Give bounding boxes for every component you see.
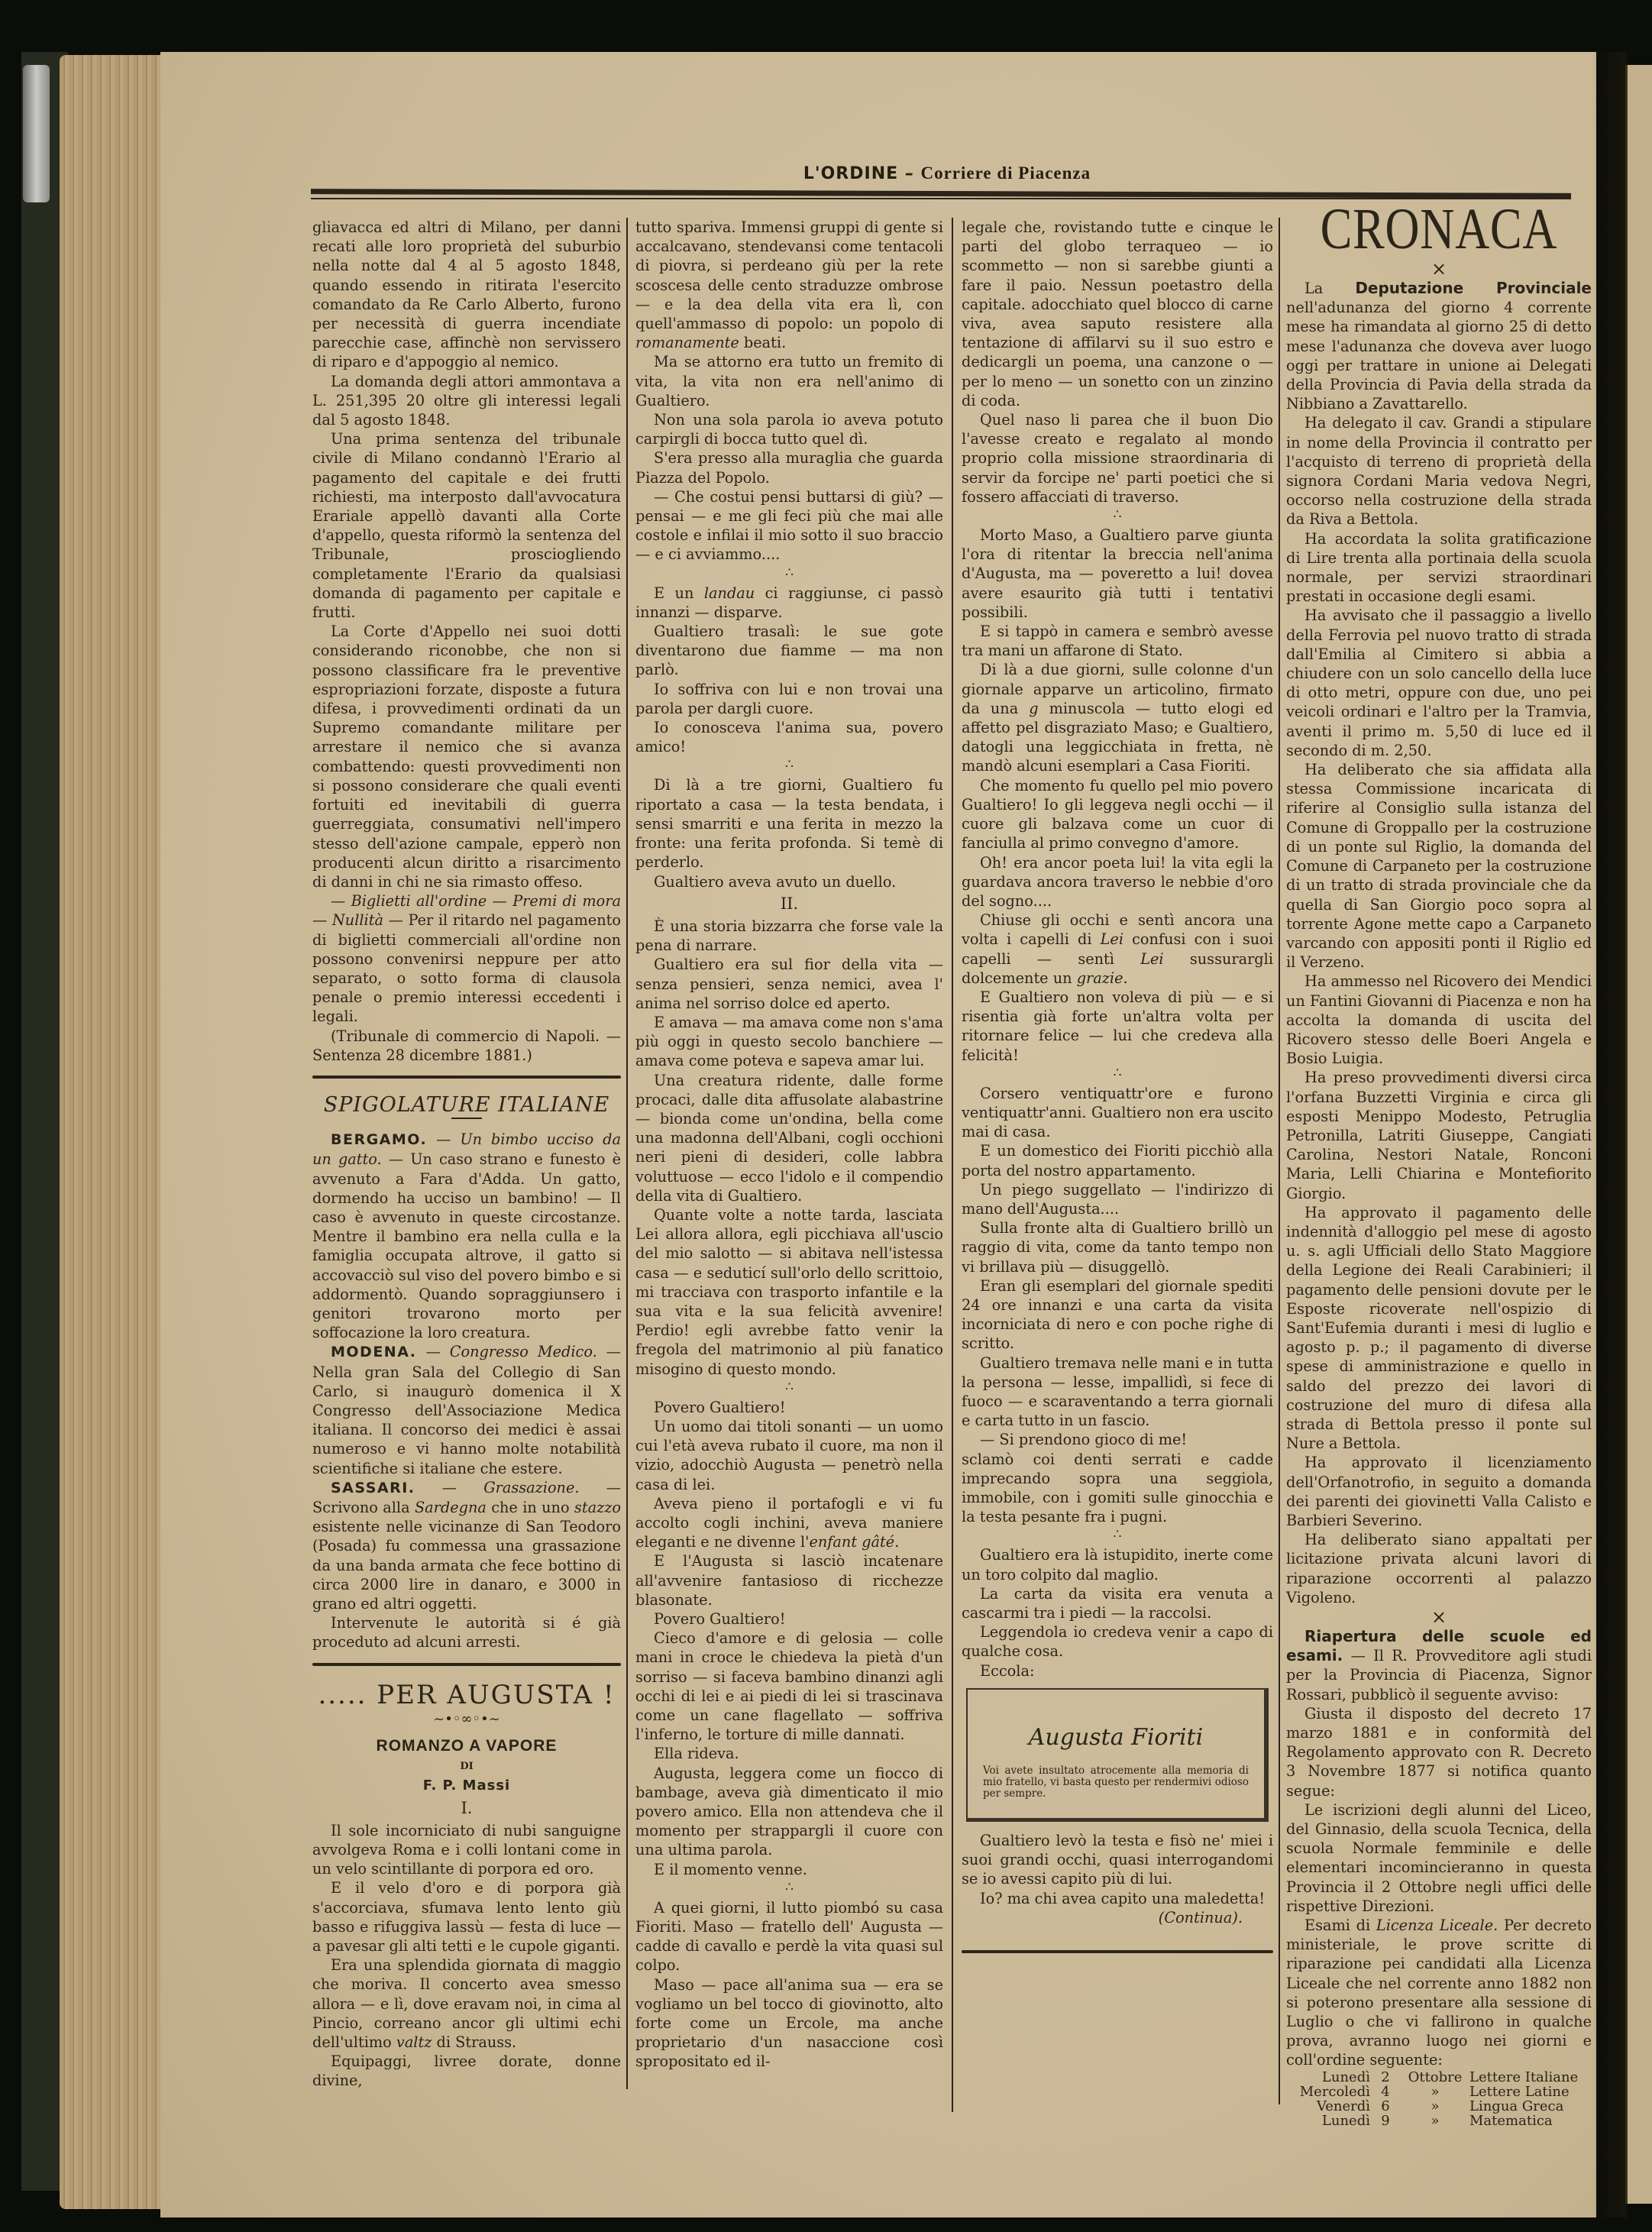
section-title-cronaca: CRONACA bbox=[1314, 199, 1564, 259]
paragraph: — Si prendono gioco di me! bbox=[962, 1430, 1273, 1449]
paragraph: Povero Gualtiero! bbox=[635, 1609, 943, 1629]
paragraph: La Corte d'Appello nei suoi dotti consid… bbox=[312, 622, 621, 891]
place-name: SASSARI. bbox=[331, 1480, 415, 1496]
paragraph: Cieco d'amore e di gelosia — colle mani … bbox=[635, 1629, 943, 1744]
exam-schedule: Lunedì2OttobreLettere Italiane Mercoledì… bbox=[1286, 2070, 1592, 2128]
asterism-separator: ∴ bbox=[635, 1383, 943, 1392]
paper-subtitle: Corriere di Piacenza bbox=[920, 163, 1091, 183]
exam-row: Venerdì6»Lingua Greca bbox=[1286, 2099, 1592, 2114]
paragraph: Ella rideva. bbox=[635, 1744, 943, 1763]
page-stack-edges bbox=[60, 55, 166, 2209]
flourish-ornament: ~•◦∞◦•~ bbox=[312, 1710, 621, 1729]
paragraph: Oh! era ancor poeta lui! la vita egli la… bbox=[962, 853, 1273, 911]
section-rule bbox=[962, 1950, 1273, 1953]
paragraph: Eccola: bbox=[962, 1661, 1273, 1680]
section-rule bbox=[312, 1663, 621, 1666]
paragraph: Ha preso provvedimenti diversi circa l'o… bbox=[1286, 1068, 1592, 1202]
paragraph: E il velo d'oro e di porpora già s'accor… bbox=[312, 1878, 621, 1955]
paragraph: legale che, rovistando tutte e cinque le… bbox=[962, 218, 1273, 410]
paragraph: E un domestico dei Fioriti picchiò alla … bbox=[962, 1141, 1273, 1179]
paragraph: Un piego suggellato — l'indirizzo di man… bbox=[962, 1180, 1273, 1218]
item-heading: Deputazione Provinciale bbox=[1355, 279, 1592, 297]
place-name: BERGAMO. bbox=[331, 1131, 427, 1148]
paragraph: Ha avvisato che il passaggio a livello d… bbox=[1286, 606, 1592, 760]
paragraph: Ha approvato il licenziamento dell'Orfan… bbox=[1286, 1453, 1592, 1530]
paragraph: Chiuse gli occhi e sentì ancora una volt… bbox=[962, 911, 1273, 988]
paragraph: Leggendola io credeva venir a capo di qu… bbox=[962, 1622, 1273, 1661]
news-item-sassari: SASSARI. — Grassazione. — Scrivono alla … bbox=[312, 1478, 621, 1613]
paragraph: Giusta il disposto del decreto 17 marzo … bbox=[1286, 1704, 1592, 1800]
paragraph: Gualtiero levò la testa e fisò ne' miei … bbox=[962, 1831, 1273, 1889]
paragraph: Ha deliberato siano appaltati per licita… bbox=[1286, 1530, 1592, 1607]
paragraph: S'era presso alla muraglia che guarda Pi… bbox=[635, 448, 943, 487]
news-item-modena: MODENA. — Congresso Medico. — Nella gran… bbox=[312, 1342, 621, 1477]
paragraph: E un landau ci raggiunse, ci passò innan… bbox=[635, 584, 943, 622]
paragraph: sclamò coi denti serrati e cadde impreca… bbox=[962, 1450, 1273, 1527]
paragraph: Una creatura ridente, dalle forme procac… bbox=[635, 1071, 943, 1205]
paragraph: — Biglietti all'ordine — Premi di mora —… bbox=[312, 891, 621, 1026]
novel-author: F. P. Massi bbox=[312, 1776, 621, 1795]
paragraph: Le iscrizioni degli alunni del Liceo, de… bbox=[1286, 1800, 1592, 1916]
asterism-separator: ∴ bbox=[962, 1069, 1273, 1078]
paragraph: E amava — ma amava come non s'ama più og… bbox=[635, 1013, 943, 1071]
column-3: legale che, rovistando tutte e cinque le… bbox=[962, 218, 1273, 1964]
paragraph: gliavacca ed altri di Milano, per danni … bbox=[312, 218, 621, 372]
paragraph: Ha delegato il cav. Grandi a stipulare i… bbox=[1286, 413, 1592, 529]
paragraph: Ma se attorno era tutto un fremito di vi… bbox=[635, 352, 943, 410]
paragraph: Gualtiero aveva avuto un duello. bbox=[635, 872, 943, 891]
exam-row: Mercoledì4»Lettere Latine bbox=[1286, 2085, 1592, 2099]
novel-by: DI bbox=[312, 1757, 621, 1776]
paragraph: Riapertura delle scuole ed esami. — Il R… bbox=[1286, 1627, 1592, 1704]
asterism-separator: ∴ bbox=[635, 1884, 943, 1892]
news-item-bergamo: BERGAMO. — Un bimbo ucciso da un gatto. … bbox=[312, 1130, 621, 1342]
paragraph: E Gualtiero non voleva di più — e si ris… bbox=[962, 988, 1273, 1065]
column-divider bbox=[626, 218, 628, 2089]
asterism-separator: ∴ bbox=[962, 511, 1273, 519]
exam-row: Lunedì2OttobreLettere Italiane bbox=[1286, 2070, 1592, 2085]
visiting-card: Augusta Fioriti Voi avete insultato atro… bbox=[966, 1688, 1269, 1822]
novel-title: ..... PER AUGUSTA ! bbox=[312, 1686, 621, 1705]
paragraph: Eran gli esemplari del giornale spediti … bbox=[962, 1276, 1273, 1354]
paragraph: Ha approvato il pagamento delle indennit… bbox=[1286, 1203, 1592, 1454]
paragraph: Una prima sentenza del tribunale civile … bbox=[312, 429, 621, 622]
paragraph: Un uomo dai titoli sonanti — un uomo cui… bbox=[635, 1417, 943, 1494]
asterism-separator: ∴ bbox=[962, 1531, 1273, 1539]
paragraph: La carta da visita era venuta a cascarmi… bbox=[962, 1584, 1273, 1622]
paragraph: E si tappò in camera e sembrò avesse tra… bbox=[962, 622, 1273, 660]
place-name: MODENA. bbox=[331, 1344, 417, 1360]
section-rule bbox=[312, 1076, 621, 1079]
paragraph: Corsero ventiquattr'ore e furono ventiqu… bbox=[962, 1084, 1273, 1142]
paragraph: Gualtiero era sul fior della vita — senz… bbox=[635, 955, 943, 1013]
cross-ornament: × bbox=[1286, 1607, 1592, 1627]
chapter-number: I. bbox=[312, 1799, 621, 1818]
paragraph: Ha deliberato che sia affidata alla stes… bbox=[1286, 760, 1592, 972]
paragraph: tutto spariva. Immensi gruppi di gente s… bbox=[635, 218, 943, 352]
gutter-shadow bbox=[1592, 52, 1627, 2217]
paragraph: Gualtiero era là istupidito, inerte come… bbox=[962, 1545, 1273, 1583]
paragraph: È una storia bizzarra che forse vale la … bbox=[635, 917, 943, 955]
column-divider bbox=[1279, 218, 1280, 2104]
paper-name: L'ORDINE bbox=[803, 164, 898, 183]
paragraph: La Deputazione Provinciale nell'adunanza… bbox=[1286, 279, 1592, 413]
paragraph: Maso — pace all'anima sua — era se vogli… bbox=[635, 1975, 943, 2072]
paragraph: E il momento venne. bbox=[635, 1860, 943, 1879]
chapter-number: II. bbox=[635, 894, 943, 914]
metal-clip bbox=[23, 65, 50, 202]
paragraph: La domanda degli attori ammontava a L. 2… bbox=[312, 372, 621, 430]
paragraph: Equipaggi, livree dorate, donne divine, bbox=[312, 2052, 621, 2090]
asterism-separator: ∴ bbox=[635, 569, 943, 577]
paragraph: Quel naso li parea che il buon Dio l'ave… bbox=[962, 410, 1273, 506]
citation: (Tribunale di commercio di Napoli. — Sen… bbox=[312, 1027, 621, 1065]
column-2: tutto spariva. Immensi gruppi di gente s… bbox=[635, 218, 943, 2072]
next-page-edge bbox=[1625, 65, 1652, 2204]
paragraph: Di là a due giorni, sulle colonne d'un g… bbox=[962, 660, 1273, 775]
paragraph: Io soffriva con lui e non trovai una par… bbox=[635, 680, 943, 718]
paragraph: — Che costui pensi buttarsi di giù? — pe… bbox=[635, 487, 943, 564]
paragraph: Gualtiero tremava nelle mani e in tutta … bbox=[962, 1354, 1273, 1431]
card-name: Augusta Fioriti bbox=[983, 1728, 1249, 1747]
paragraph: Intervenute le autorità si é già procedu… bbox=[312, 1613, 621, 1651]
paragraph: Io conosceva l'anima sua, povero amico! bbox=[635, 718, 943, 756]
paragraph: Il sole incorniciato di nubi sanguigne a… bbox=[312, 1821, 621, 1879]
paragraph: Quante volte a notte tarda, lasciata Lei… bbox=[635, 1205, 943, 1379]
cross-ornament: × bbox=[1286, 259, 1592, 279]
column-4: CRONACA × La Deputazione Provinciale nel… bbox=[1286, 218, 1592, 2128]
paragraph: Sulla fronte alta di Gualtiero brillò un… bbox=[962, 1218, 1273, 1276]
paragraph: Di là a tre giorni, Gualtiero fu riporta… bbox=[635, 775, 943, 872]
paragraph: Morto Maso, a Gualtiero parve giunta l'o… bbox=[962, 526, 1273, 622]
column-divider bbox=[952, 218, 953, 2112]
continua-label: (Continua). bbox=[962, 1908, 1273, 1927]
paragraph: E l'Augusta si lasciò incatenare all'avv… bbox=[635, 1551, 943, 1609]
paragraph: Aveva pieno il portafogli e vi fu accolt… bbox=[635, 1494, 943, 1552]
paragraph: Augusta, leggera come un fiocco di bamba… bbox=[635, 1764, 943, 1860]
paragraph: Povero Gualtiero! bbox=[635, 1398, 943, 1417]
paragraph: Io? ma chi avea capito una maledetta! bbox=[962, 1889, 1273, 1908]
paragraph: A quei giorni, il lutto piombó su casa F… bbox=[635, 1898, 943, 1975]
section-title-spigolature: SPIGOLATURE ITALIANE bbox=[312, 1095, 621, 1114]
paragraph: Gualtiero trasalì: le sue gote diventaro… bbox=[635, 622, 943, 680]
column-1: gliavacca ed altri di Milano, per danni … bbox=[312, 218, 621, 2091]
paragraph: Che momento fu quello pel mio povero Gua… bbox=[962, 776, 1273, 853]
running-header: L'ORDINE – Corriere di Piacenza bbox=[306, 163, 1589, 183]
exam-row: Lunedì9»Matematica bbox=[1286, 2114, 1592, 2128]
paragraph: Ha ammesso nel Ricovero dei Mendici un F… bbox=[1286, 972, 1592, 1068]
card-message: Voi avete insultato atrocemente alla mem… bbox=[983, 1765, 1249, 1800]
short-rule bbox=[451, 1118, 482, 1119]
paragraph: Esami di Licenza Liceale. Per decreto mi… bbox=[1286, 1916, 1592, 2070]
paragraph: Non una sola parola io aveva potuto carp… bbox=[635, 410, 943, 448]
paragraph: Era una splendida giornata di maggio che… bbox=[312, 1955, 621, 2052]
paragraph: Ha accordata la solita gratificazione di… bbox=[1286, 529, 1592, 607]
novel-subtitle: ROMANZO A VAPORE bbox=[312, 1736, 621, 1755]
asterism-separator: ∴ bbox=[635, 761, 943, 769]
